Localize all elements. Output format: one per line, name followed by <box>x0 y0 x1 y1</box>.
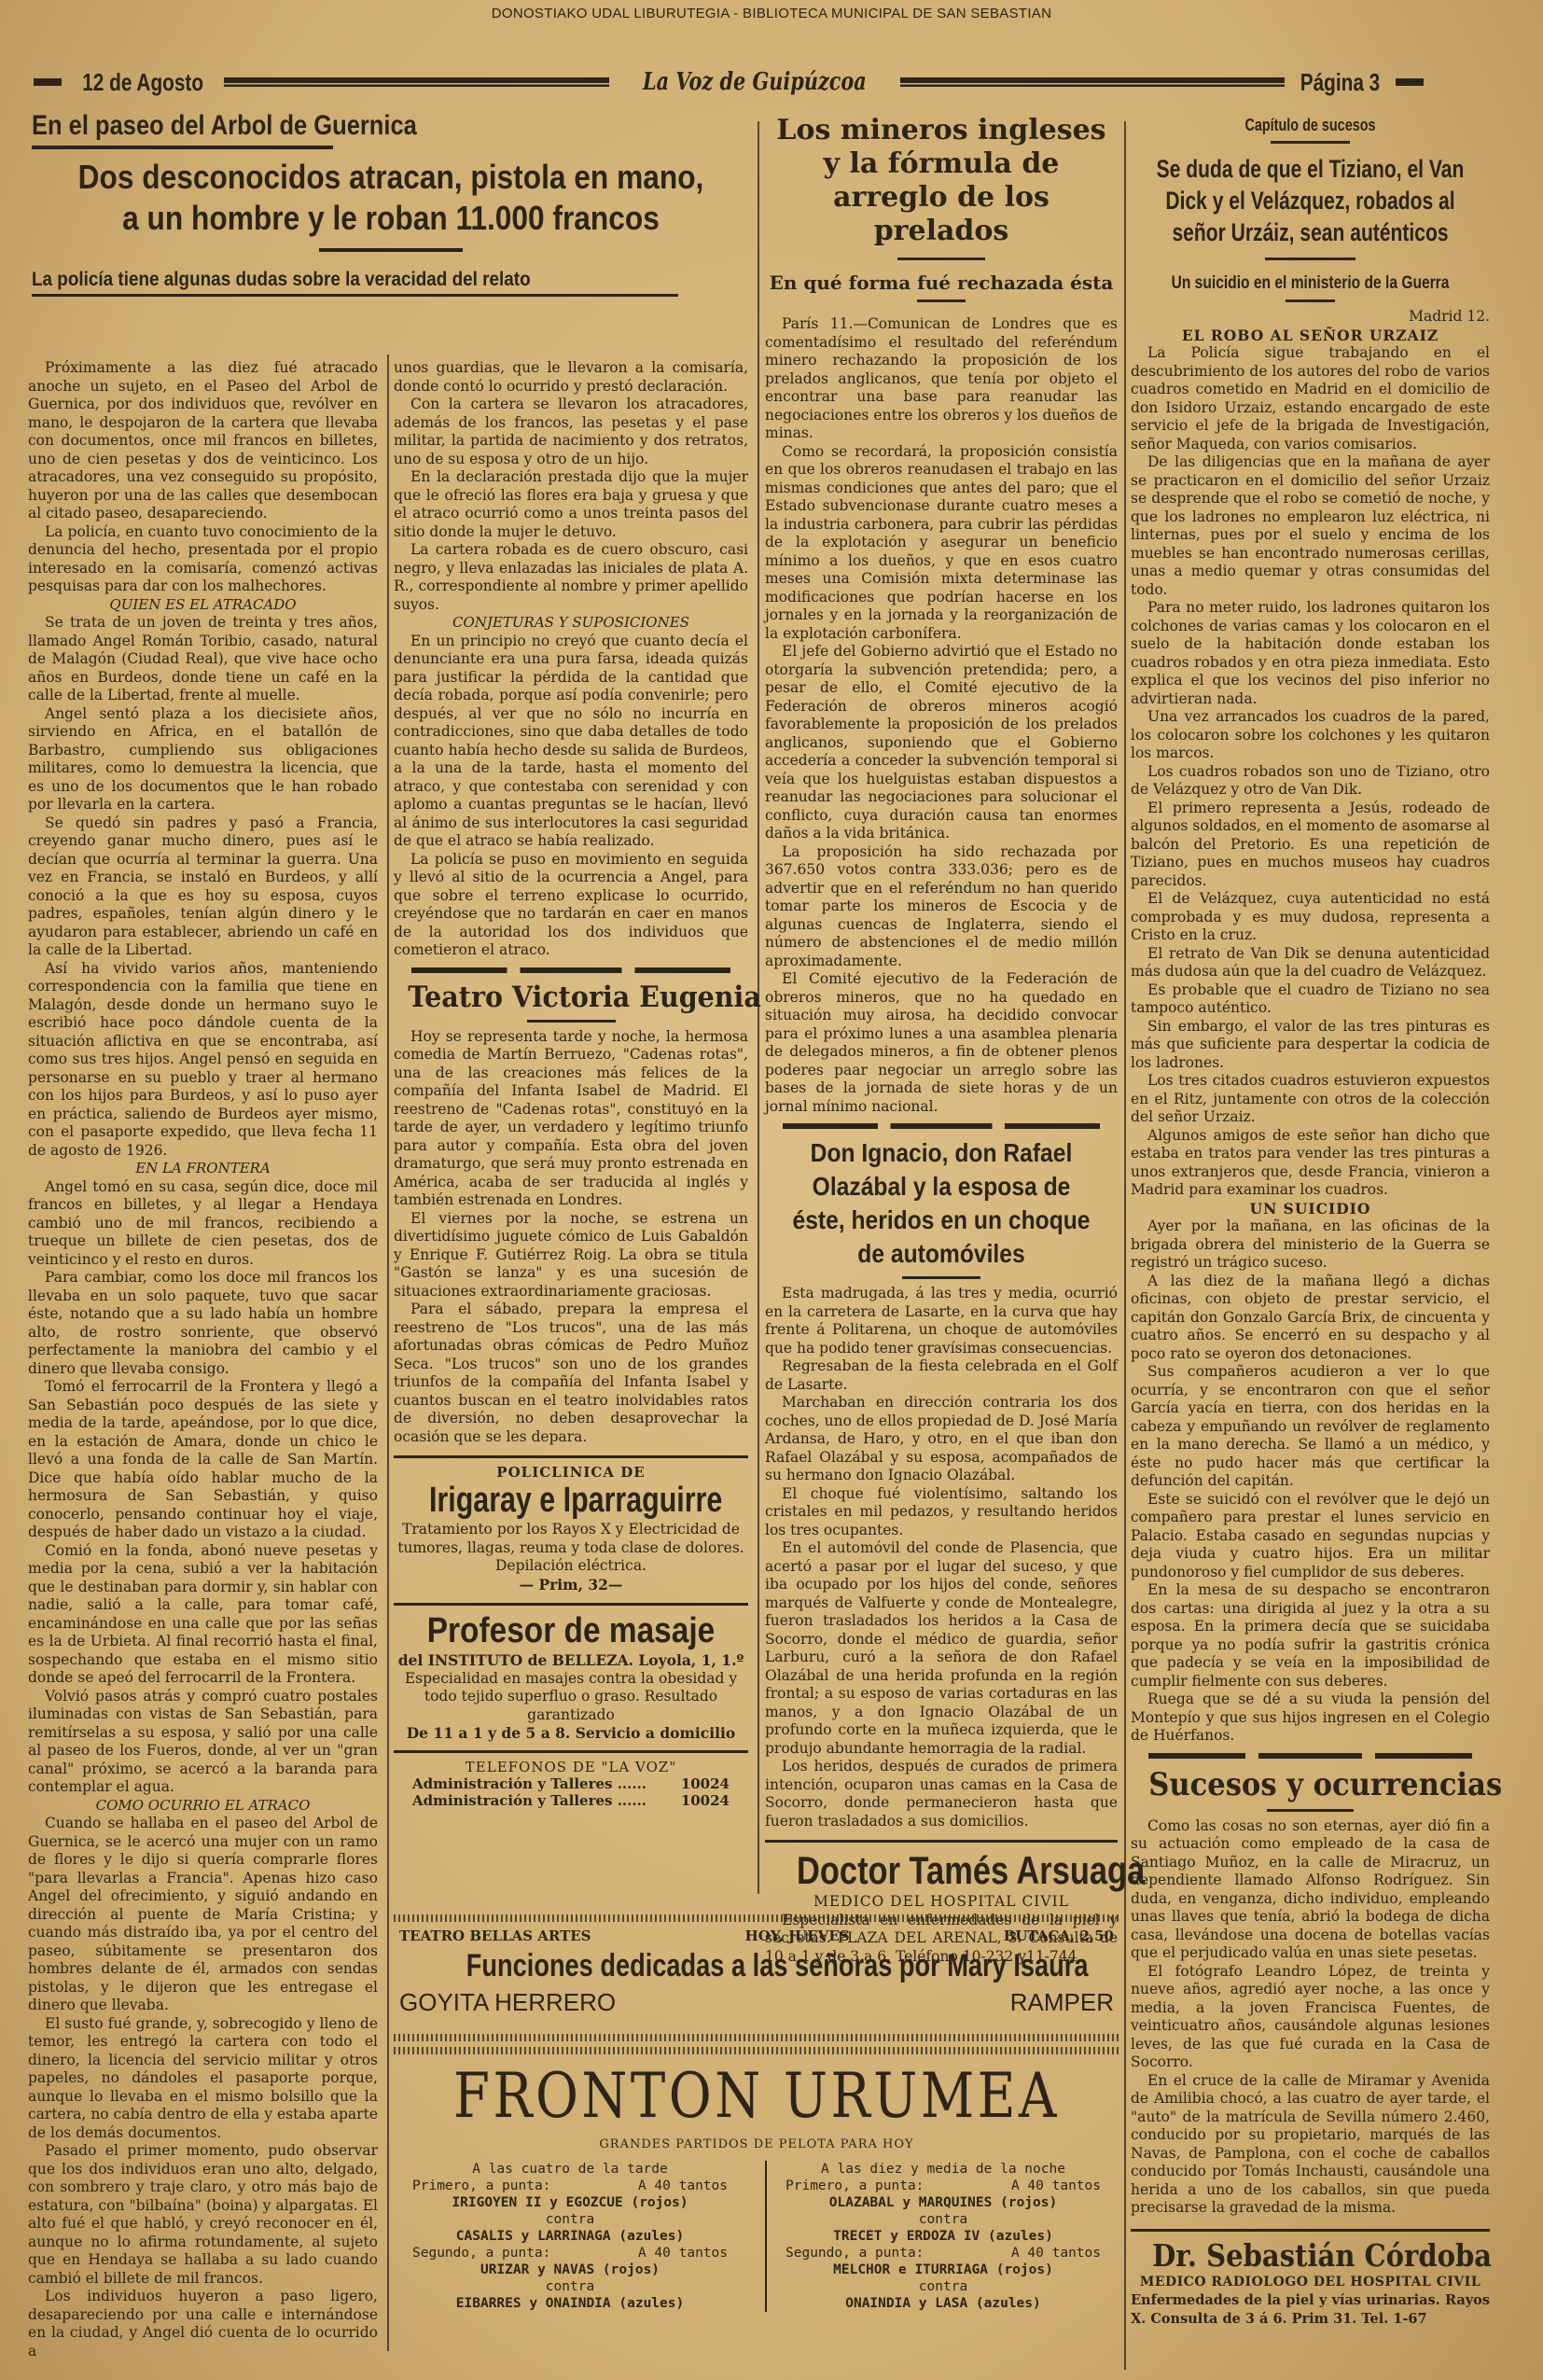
section-title: EN LA FRONTERA <box>28 1160 378 1178</box>
rule <box>527 1020 616 1023</box>
teatro-victoria-title: Teatro Victoria Eugenia <box>408 981 734 1014</box>
performer: RAMPER <box>1010 1988 1114 2017</box>
rule <box>1267 1809 1353 1812</box>
paragraph: Una vez arrancados los cuadros de la par… <box>1131 708 1490 763</box>
article-kicker: Capítulo de sucesos <box>1167 116 1454 135</box>
session-time: A las cuatro de la tarde <box>394 2161 746 2178</box>
phone-label: Administración y Talleres ...... <box>412 1775 646 1792</box>
paragraph: Algunos amigos de este señor han dicho q… <box>1131 1127 1490 1200</box>
rule <box>1286 299 1336 302</box>
match-label: Primero, a punta: <box>785 2178 924 2194</box>
article-subhead: La policía tiene algunas dudas sobre la … <box>32 269 678 297</box>
match-header: Primero, a punta:A 40 tantos <box>767 2178 1119 2194</box>
page-number: Página 3 <box>1296 68 1384 97</box>
fronton-session: A las diez y media de la noche Primero, … <box>765 2161 1119 2312</box>
versus: contra <box>767 2211 1119 2228</box>
paragraph: El viernes por la noche, se estrena un d… <box>394 1210 748 1301</box>
ornament-rule <box>1148 1753 1472 1759</box>
paragraph: El choque fué violentísimo, saltando los… <box>765 1485 1118 1540</box>
section-title: COMO OCURRIO EL ATRACO <box>28 1797 378 1816</box>
paragraph: El retrato de Van Dik se denuna autentic… <box>1131 945 1490 981</box>
paragraph: Sin embargo, el valor de las tres pintur… <box>1131 1018 1490 1073</box>
price: BUTACA, 2,50 <box>1004 1928 1114 1944</box>
paragraph: Como las cosas no son eternas, ayer dió … <box>1131 1817 1490 1963</box>
paragraph: El primero representa a Jesús, rodeado d… <box>1131 800 1490 891</box>
paragraph: Pasado el primer momento, pudo observar … <box>28 2142 378 2288</box>
fronton-sessions: A las cuatro de la tarde Primero, a punt… <box>394 2161 1119 2312</box>
paragraph: Para no meter ruido, los ladrones quitar… <box>1131 599 1490 708</box>
paragraph: El jefe del Gobierno advirtió que el Est… <box>765 643 1118 843</box>
paragraph: En la mesa de su despacho se encontraron… <box>1131 1581 1490 1691</box>
phone-row: Administración y Talleres ...... 10024 <box>394 1792 748 1809</box>
newspaper-page: DONOSTIAKO UDAL LIBURUTEGIA - BIBLIOTECA… <box>0 0 1543 2380</box>
column-divider <box>1124 121 1126 2370</box>
ad-address: — Prim, 32— <box>394 1576 748 1594</box>
ad-title-tames: Doctor Tamés Arsuaga <box>797 1848 1086 1893</box>
ad-block-theatre: TEATRO BELLAS ARTES HOY, JUEVES BUTACA, … <box>394 1909 1119 2312</box>
rule <box>765 1840 1118 1843</box>
ad-kicker: POLICLINICA DE <box>394 1464 748 1481</box>
rule <box>1271 141 1350 144</box>
paragraph: En un principio no creyó que cuanto decí… <box>394 633 748 851</box>
day: HOY, JUEVES <box>745 1928 850 1944</box>
paragraph: La proposición ha sido rechazada por 367… <box>765 843 1118 971</box>
fronton-subtitle: GRANDES PARTIDOS DE PELOTA PARA HOY <box>394 2137 1119 2151</box>
rule <box>900 77 1286 87</box>
paragraph: El susto fué grande, y, sobrecogido y ll… <box>28 2015 378 2143</box>
paragraph: La Policía sigue trabajando en el descub… <box>1131 344 1490 453</box>
team: CASALIS y LARRINAGA (azules) <box>456 2229 684 2244</box>
ad-title-bellas-artes: Funciones dedicadas a las señoras por Ma… <box>466 1948 1047 1984</box>
paragraph: Ayer por la mañana, en las oficinas de l… <box>1131 1218 1490 1273</box>
ad-body: Enfermedades de la piel y vías urinarias… <box>1131 2291 1490 2328</box>
rule <box>917 299 966 302</box>
masthead: 12 de Agosto La Voz de Guipúzcoa Página … <box>34 62 1424 103</box>
match-header: Primero, a punta:A 40 tantos <box>394 2178 746 2194</box>
paragraph: Marchaban en dirección contraria los dos… <box>765 1394 1118 1485</box>
paragraph: A las diez de la mañana llegó a dichas o… <box>1131 1273 1490 1364</box>
ad-subtitle: MEDICO RADIOLOGO DEL HOSPITAL CIVIL <box>1131 2274 1490 2292</box>
match-label: Primero, a punta: <box>412 2178 550 2194</box>
paragraph: Volvió pasos atrás y compró cuatro posta… <box>28 1688 378 1797</box>
paragraph: Es probable que el cuadro de Tiziano no … <box>1131 981 1490 1018</box>
ad-hours: De 11 a 1 y de 5 a 8. Servicio a domicil… <box>394 1724 748 1743</box>
team: OLAZABAL y MARQUINES (rojos) <box>829 2195 1057 2210</box>
paragraph: Como se recordará, la proposición consis… <box>765 443 1118 644</box>
paragraph: Para cambiar, como los doce mil francos … <box>28 1269 378 1378</box>
article-subhead: En qué forma fué rechazada ésta <box>765 271 1118 294</box>
rule <box>34 78 62 86</box>
ad-line: del INSTITUTO de BELLEZA. Loyola, 1, 1.º <box>394 1651 748 1670</box>
team: EIBARRES y ONAINDIA (azules) <box>456 2296 684 2311</box>
paragraph: Próximamente a las diez fué atracado ano… <box>28 359 378 523</box>
paragraph: Se quedó sin padres y pasó a Francia, cr… <box>28 814 378 960</box>
rule <box>1131 2229 1490 2232</box>
article-headline: Dos desconocidos atracan, pistola en man… <box>75 157 707 239</box>
team: TRECET y ERDOZA IV (azules) <box>833 2229 1053 2244</box>
paragraph: Con la cartera se llevaron los atracador… <box>394 396 748 468</box>
dateline: Madrid 12. <box>1131 308 1490 327</box>
match-header: Segundo, a punta:A 40 tantos <box>394 2245 746 2262</box>
paragraph: La policía, en cuanto tuvo conocimiento … <box>28 523 378 596</box>
session-time: A las diez y media de la noche <box>767 2161 1119 2178</box>
article-headline: Se duda de que el Tiziano, el Van Dick y… <box>1141 153 1480 248</box>
ad-body: Especialidad en masajes contra la obesid… <box>394 1670 748 1725</box>
match-label: Segundo, a punta: <box>785 2245 924 2262</box>
phone-row: Administración y Talleres ...... 10024 <box>394 1775 748 1792</box>
column-2: unos guardias, que le llevaron a la comi… <box>394 359 748 1809</box>
rule <box>394 1750 748 1753</box>
paragraph: En el cruce de la calle de Miramar y Ave… <box>1131 2072 1490 2218</box>
paragraph: Este se suicidó con el revólver que le d… <box>1131 1491 1490 1582</box>
ad-title-policlinica: Irigaray e Iparraguirre <box>429 1481 713 1521</box>
fronton-session: A las cuatro de la tarde Primero, a punt… <box>394 2161 746 2312</box>
article-headline: Don Ignacio, don Rafael Olazábal y la es… <box>786 1136 1097 1271</box>
paragraph: El de Velázquez, cuya autenticidad no es… <box>1131 890 1490 945</box>
article-subhead: Un suicidio en el ministerio de la Guerr… <box>1163 273 1458 294</box>
paragraph: Los tres citados cuadros estuvieron expu… <box>1131 1072 1490 1127</box>
team: ONAINDIA y LASA (azules) <box>845 2296 1041 2311</box>
paragraph: Los cuadros robados son uno de Tiziano, … <box>1131 763 1490 800</box>
wavy-rule <box>394 1914 1119 1922</box>
rule <box>224 77 609 87</box>
ad-title-cordoba: Dr. Sebastián Córdoba <box>1152 2237 1468 2274</box>
paragraph: Se trata de un joven de treinta y tres a… <box>28 614 378 705</box>
paragraph: París 11.—Comunican de Londres que es co… <box>765 315 1118 443</box>
paragraph: El Comité ejecutivo de la Federación de … <box>765 970 1118 1116</box>
phone-number: 10024 <box>681 1792 730 1809</box>
phones-title: TELEFONOS DE "LA VOZ" <box>394 1759 748 1775</box>
paragraph: En el automóvil del conde de Plasencia, … <box>765 1539 1118 1758</box>
match-tantos: A 40 tantos <box>1011 2178 1101 2194</box>
paragraph: Sus compañeros acudieron a ver lo que oc… <box>1131 1363 1490 1491</box>
newspaper-name: La Voz de Guipúzcoa <box>638 68 870 96</box>
paragraph: Ruega que se dé a su viuda la pensión de… <box>1131 1691 1490 1746</box>
paragraph: El fotógrafo Leandro López, de treinta y… <box>1131 1963 1490 2072</box>
team: IRIGOYEN II y EGOZCUE (rojos) <box>452 2195 688 2210</box>
theatre-info-row: TEATRO BELLAS ARTES HOY, JUEVES BUTACA, … <box>394 1928 1119 1944</box>
rule <box>1396 78 1424 86</box>
phone-number: 10024 <box>681 1775 730 1792</box>
ad-body: Tratamiento por los Rayos X y Electricid… <box>394 1521 748 1576</box>
versus: contra <box>394 2211 746 2228</box>
phone-label: Administración y Talleres ...... <box>412 1792 646 1809</box>
article-headline: Los mineros ingleses y la fórmula de arr… <box>765 114 1118 248</box>
rule <box>897 257 986 260</box>
column-divider <box>387 355 389 2351</box>
paragraph: En la declaración prestada dijo que la m… <box>394 468 748 541</box>
paragraph: Angel tomó en su casa, según dice, doce … <box>28 1178 378 1270</box>
rule <box>394 1603 748 1606</box>
rule <box>1265 257 1355 260</box>
venue: TEATRO BELLAS ARTES <box>399 1928 591 1944</box>
masthead-date: 12 de Agosto <box>77 68 207 97</box>
performer: GOYITA HERRERO <box>399 1988 616 2017</box>
paragraph: Cuando se hallaba en el paseo del Arbol … <box>28 1815 378 2015</box>
paragraph: De las diligencias que en la mañana de a… <box>1131 453 1490 599</box>
sucesos-title: Sucesos y ocurrencias <box>1148 1766 1472 1803</box>
match-label: Segundo, a punta: <box>412 2245 550 2262</box>
match-header: Segundo, a punta:A 40 tantos <box>767 2245 1119 2262</box>
rule <box>319 248 463 252</box>
paragraph: unos guardias, que le llevaron a la comi… <box>394 359 748 396</box>
ad-title-fronton: FRONTON URUMEA <box>448 2060 1064 2132</box>
article-kicker: En el paseo del Arbol de Guernica <box>32 110 643 142</box>
paragraph: Así ha vivido varios años, manteniendo c… <box>28 960 378 1161</box>
paragraph: Regresaban de la fiesta celebrada en el … <box>765 1357 1118 1394</box>
paragraph: La policía se puso en movimiento en segu… <box>394 851 748 960</box>
paragraph: Los individuos huyeron a paso ligero, de… <box>28 2288 378 2360</box>
rule <box>394 1455 748 1458</box>
rule <box>32 146 333 149</box>
column-3: Los mineros ingleses y la fórmula de arr… <box>765 114 1118 1966</box>
paragraph: Comió en la fonda, abonó nueve pesetas y… <box>28 1542 378 1688</box>
section-title: QUIEN ES EL ATRACADO <box>28 596 378 615</box>
wavy-rule <box>394 2047 1119 2054</box>
section-title: EL ROBO AL SEÑOR URZAIZ <box>1131 327 1490 345</box>
match-tantos: A 40 tantos <box>638 2178 728 2194</box>
paragraph: Tomó el ferrocarril de la Frontera y lle… <box>28 1378 378 1542</box>
paragraph: Angel sentó plaza a los diecisiete años,… <box>28 705 378 814</box>
ornament-rule <box>411 967 730 973</box>
versus: contra <box>394 2278 746 2295</box>
versus: contra <box>767 2278 1119 2295</box>
paragraph: Los heridos, después de curados de prime… <box>765 1758 1118 1830</box>
column-1: Próximamente a las diez fué atracado ano… <box>28 359 378 2360</box>
column-4: Capítulo de sucesos Se duda de que el Ti… <box>1131 116 1490 2328</box>
match-tantos: A 40 tantos <box>1011 2245 1101 2262</box>
paragraph: Hoy se representa tarde y noche, la herm… <box>394 1028 748 1210</box>
paragraph: Esta madrugada, á las tres y media, ocur… <box>765 1285 1118 1357</box>
match-tantos: A 40 tantos <box>638 2245 728 2262</box>
archive-header: DONOSTIAKO UDAL LIBURUTEGIA - BIBLIOTECA… <box>0 6 1543 21</box>
ornament-rule <box>783 1123 1100 1129</box>
rule <box>902 1276 980 1279</box>
article-guernica-header: En el paseo del Arbol de Guernica Dos de… <box>32 110 750 297</box>
section-title: UN SUICIDIO <box>1131 1200 1490 1218</box>
team: MELCHOR e ITURRIAGA (rojos) <box>833 2262 1053 2277</box>
performers-row: GOYITA HERRERO RAMPER <box>394 1988 1119 2017</box>
ad-title-masaje: Profesor de masaje <box>415 1611 727 1651</box>
section-title: CONJETURAS Y SUPOSICIONES <box>394 614 748 633</box>
paragraph: Para el sábado, prepara la empresa el re… <box>394 1301 748 1446</box>
wavy-rule <box>394 2034 1119 2041</box>
paragraph: La cartera robada es de cuero obscuro, c… <box>394 541 748 614</box>
team: URIZAR y NAVAS (rojos) <box>480 2262 660 2277</box>
